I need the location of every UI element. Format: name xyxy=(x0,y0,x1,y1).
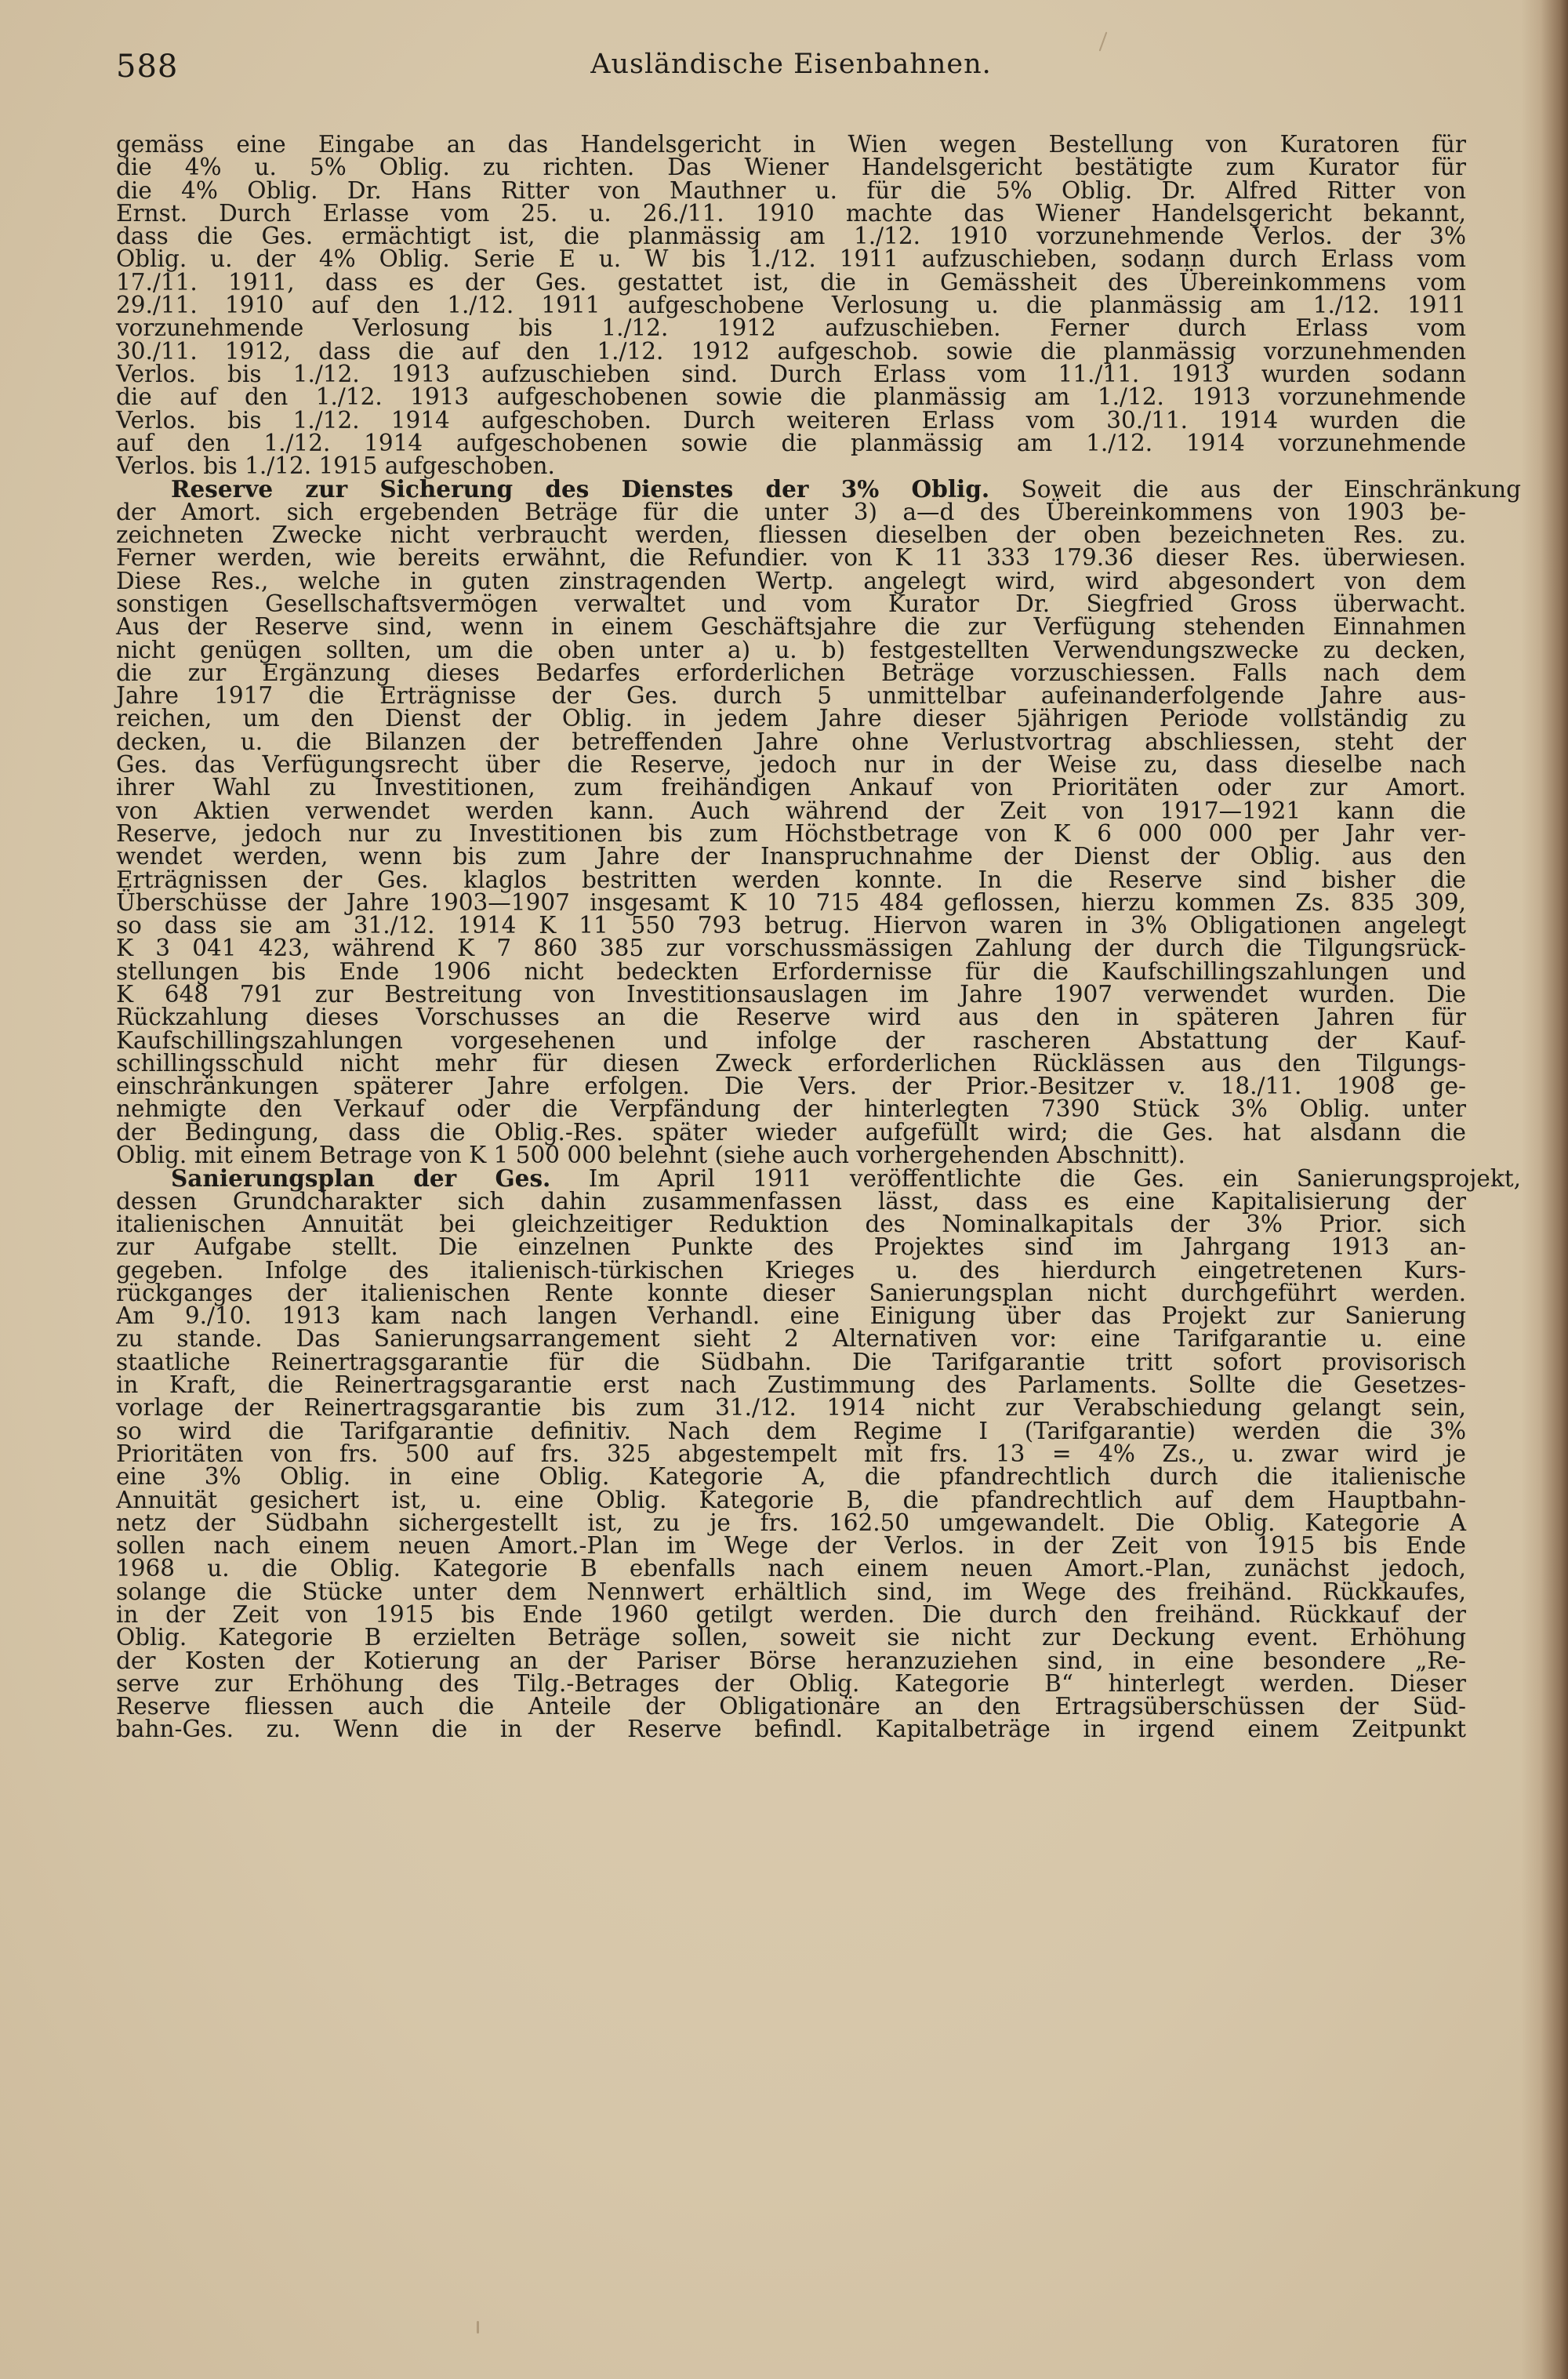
text-line: K 3 041 423, während K 7 860 385 zur vor… xyxy=(116,937,1466,960)
text-line: Sanierungsplan der Ges. Im April 1911 ve… xyxy=(116,1167,1521,1189)
text-line: Am 9./10. 1913 kam nach langen Verhandl.… xyxy=(116,1305,1466,1328)
text-line: Erträgnissen der Ges. klaglos bestritten… xyxy=(116,869,1466,892)
text-line: decken, u. die Bilanzen der betreffenden… xyxy=(116,731,1466,754)
text-line: sonstigen Gesellschaftsvermögen verwalte… xyxy=(116,593,1466,616)
text-line: die auf den 1./12. 1913 aufgeschobenen s… xyxy=(116,386,1466,409)
text-line: Ges. das Verfügungsrecht über die Reserv… xyxy=(116,754,1466,776)
text-line: die 4% u. 5% Oblig. zu richten. Das Wien… xyxy=(116,156,1466,179)
text-line: 29./11. 1910 auf den 1./12. 1911 aufgesc… xyxy=(116,294,1466,317)
text-line: nicht genügen sollten, um die oben unter… xyxy=(116,639,1466,662)
text-line: Reserve, jedoch nur zu Investitionen bis… xyxy=(116,823,1466,845)
text-line: die 4% Oblig. Dr. Hans Ritter von Mauthn… xyxy=(116,180,1466,202)
text-line: vorzunehmende Verlosung bis 1./12. 1912 … xyxy=(116,317,1466,340)
text-line: der Bedingung, dass die Oblig.-Res. spät… xyxy=(116,1121,1466,1144)
text-line: die zur Ergänzung dieses Bedarfes erford… xyxy=(116,662,1466,685)
paper-speck xyxy=(477,2321,479,2334)
text-line: einschränkungen späterer Jahre erfolgen.… xyxy=(116,1075,1466,1098)
text-line: Prioritäten von frs. 500 auf frs. 325 ab… xyxy=(116,1443,1466,1466)
text-line: dass die Ges. ermächtigt ist, die planmä… xyxy=(116,225,1466,248)
text-line: 1968 u. die Oblig. Kategorie B ebenfalls… xyxy=(116,1557,1466,1580)
page-header: 588 Ausländische Eisenbahnen. xyxy=(116,49,1466,96)
text-line: Annuität gesichert ist, u. eine Oblig. K… xyxy=(116,1489,1466,1512)
text-line: serve zur Erhöhung des Tilg.-Betrages de… xyxy=(116,1673,1466,1695)
text-line: K 648 791 zur Bestreitung von Investitio… xyxy=(116,983,1466,1006)
text-line: wendet werden, wenn bis zum Jahre der In… xyxy=(116,845,1466,868)
text-line: nehmigte den Verkauf oder die Verpfändun… xyxy=(116,1098,1466,1120)
text-line: Reserve zur Sicherung des Dienstes der 3… xyxy=(116,478,1521,500)
text-line: italienischen Annuität bei gleichzeitige… xyxy=(116,1213,1466,1236)
paragraph-continuation: gemäss eine Eingabe an das Handelsgerich… xyxy=(116,133,1466,478)
text-line: stellungen bis Ende 1906 nicht bedeckten… xyxy=(116,961,1466,983)
text-line: gemäss eine Eingabe an das Handelsgerich… xyxy=(116,133,1466,156)
text-line: zeichneten Zwecke nicht verbraucht werde… xyxy=(116,524,1466,547)
text-line: reichen, um den Dienst der Oblig. in jed… xyxy=(116,707,1466,730)
text-line: Oblig. u. der 4% Oblig. Serie E u. W bis… xyxy=(116,248,1466,271)
text-line: Ferner werden, wie bereits erwähnt, die … xyxy=(116,547,1466,569)
running-title: Ausländische Eisenbahnen. xyxy=(116,49,1466,80)
text-line: eine 3% Oblig. in eine Oblig. Kategorie … xyxy=(116,1466,1466,1488)
text-line: gegeben. Infolge des italienisch-türkisc… xyxy=(116,1259,1466,1282)
text-line: Überschüsse der Jahre 1903—1907 insgesam… xyxy=(116,892,1466,914)
text-line: staatliche Reinertragsgarantie für die S… xyxy=(116,1351,1466,1374)
text-line: bahn-Ges. zu. Wenn die in der Reserve be… xyxy=(116,1718,1466,1741)
text-line: auf den 1./12. 1914 aufgeschobenen sowie… xyxy=(116,432,1466,455)
text-line: der Kosten der Kotierung an der Pariser … xyxy=(116,1650,1466,1673)
text-line: so wird die Tarifgarantie definitiv. Nac… xyxy=(116,1420,1466,1443)
text-line: netz der Südbahn sichergestellt ist, zu … xyxy=(116,1512,1466,1535)
text-line: ihrer Wahl zu Investitionen, zum freihän… xyxy=(116,776,1466,799)
text-line: schillingsschuld nicht mehr für diesen Z… xyxy=(116,1052,1466,1075)
text-line: Oblig. mit einem Betrage von K 1 500 000… xyxy=(116,1144,1466,1167)
body-text: gemäss eine Eingabe an das Handelsgerich… xyxy=(116,133,1466,1742)
text-line: von Aktien verwendet werden kann. Auch w… xyxy=(116,800,1466,823)
text-line: Oblig. Kategorie B erzielten Beträge sol… xyxy=(116,1626,1466,1649)
text-line: in der Zeit von 1915 bis Ende 1960 getil… xyxy=(116,1604,1466,1626)
text-line: Ernst. Durch Erlasse vom 25. u. 26./11. … xyxy=(116,202,1466,225)
text-line: Aus der Reserve sind, wenn in einem Gesc… xyxy=(116,616,1466,638)
text-line: so dass sie am 31./12. 1914 K 11 550 793… xyxy=(116,914,1466,937)
text-line: 30./11. 1912, dass die auf den 1./12. 19… xyxy=(116,340,1466,363)
text-line: in Kraft, die Reinertragsgarantie erst n… xyxy=(116,1374,1466,1397)
text-line: dessen Grundcharakter sich dahin zusamme… xyxy=(116,1190,1466,1213)
text-line: Reserve fliessen auch die Anteile der Ob… xyxy=(116,1695,1466,1718)
text-line: Rückzahlung dieses Vorschusses an die Re… xyxy=(116,1006,1466,1029)
text-line: zur Aufgabe stellt. Die einzelnen Punkte… xyxy=(116,1236,1466,1259)
text-line: vorlage der Reinertragsgarantie bis zum … xyxy=(116,1397,1466,1419)
text-line: Kaufschillingszahlungen vorgesehenen und… xyxy=(116,1030,1466,1052)
text-line: Verlos. bis 1./12. 1913 aufzuschieben si… xyxy=(116,363,1466,386)
text-line: zu stande. Das Sanierungsarrangement sie… xyxy=(116,1328,1466,1350)
text-line: Jahre 1917 die Erträgnisse der Ges. durc… xyxy=(116,685,1466,707)
text-line: Verlos. bis 1./12. 1915 aufgeschoben. xyxy=(116,455,1466,478)
text-line: der Amort. sich ergebenden Beträge für d… xyxy=(116,501,1466,524)
text-line: Diese Res., welche in guten zinstragende… xyxy=(116,570,1466,593)
text-line: rückganges der italienischen Rente konnt… xyxy=(116,1282,1466,1305)
text-line: solange die Stücke unter dem Nennwert er… xyxy=(116,1581,1466,1604)
paragraph-reserve: Reserve zur Sicherung des Dienstes der 3… xyxy=(116,478,1466,1167)
paragraph-sanierungsplan: Sanierungsplan der Ges. Im April 1911 ve… xyxy=(116,1167,1466,1741)
book-page: 588 Ausländische Eisenbahnen. gemäss ein… xyxy=(0,0,1568,2379)
text-line: Verlos. bis 1./12. 1914 aufgeschoben. Du… xyxy=(116,409,1466,432)
text-line: 17./11. 1911, dass es der Ges. gestattet… xyxy=(116,271,1466,294)
text-line: sollen nach einem neuen Amort.-Plan im W… xyxy=(116,1535,1466,1557)
